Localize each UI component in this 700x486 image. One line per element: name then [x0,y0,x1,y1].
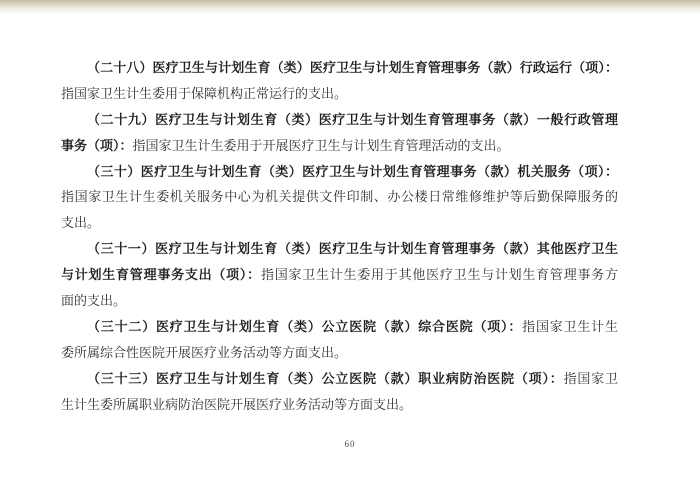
document-body: （二十八）医疗卫生与计划生育（类）医疗卫生与计划生育管理事务（款）行政运行（项）… [61,55,618,417]
entry-heading: （三十三）医疗卫生与计划生育（类）公立医院（款）职业病防治医院（项）： [87,371,564,386]
paragraph-item-28: （二十八）医疗卫生与计划生育（类）医疗卫生与计划生育管理事务（款）行政运行（项）… [61,55,618,107]
entry-heading: 与计划生育管理事务支出（项）： [61,267,261,282]
text-line: （二十八）医疗卫生与计划生育（类）医疗卫生与计划生育管理事务（款）行政运行（项）… [61,55,618,81]
entry-heading: （三十一）医疗卫生与计划生育（类）医疗卫生与计划生育管理事务（款）其他医疗卫生 [87,241,618,256]
paragraph-item-33: （三十三）医疗卫生与计划生育（类）公立医院（款）职业病防治医院（项）：指国家卫 … [61,366,618,418]
entry-heading: （三十）医疗卫生与计划生育（类）医疗卫生与计划生育管理事务（款）机关服务（项）： [87,164,618,179]
page-top-edge [0,0,700,14]
entry-description: 指国家卫生计生委用于其他医疗卫生与计划生育管理事务方 [261,267,618,282]
text-line: （三十一）医疗卫生与计划生育（类）医疗卫生与计划生育管理事务（款）其他医疗卫生 [61,236,618,262]
entry-description: 指国家卫 [564,371,618,386]
paragraph-item-32: （三十二）医疗卫生与计划生育（类）公立医院（款）综合医院（项）：指国家卫生计生 … [61,314,618,366]
text-line: 事务（项）：指国家卫生计生委用于开展医疗卫生与计划生育管理活动的支出。 [61,133,618,159]
entry-heading: 事务（项）： [61,138,133,153]
entry-description: 指国家卫生计生 [522,319,618,334]
text-line: 支出。 [61,210,618,236]
entry-description: 生计生委所属职业病防治医院开展医疗业务活动等方面支出。 [61,397,412,412]
text-line: （三十）医疗卫生与计划生育（类）医疗卫生与计划生育管理事务（款）机关服务（项）： [61,159,618,185]
paragraph-item-31: （三十一）医疗卫生与计划生育（类）医疗卫生与计划生育管理事务（款）其他医疗卫生 … [61,236,618,314]
paragraph-item-29: （二十九）医疗卫生与计划生育（类）医疗卫生与计划生育管理事务（款）一般行政管理 … [61,107,618,159]
entry-description: 支出。 [61,215,100,230]
entry-description: 指国家卫生计生委用于保障机构正常运行的支出。 [61,86,347,101]
text-line: 生计生委所属职业病防治医院开展医疗业务活动等方面支出。 [61,392,618,418]
entry-description: 指国家卫生计生委机关服务中心为机关提供文件印制、办公楼日常维修维护等后勤保障服务… [61,189,618,204]
text-line: 指国家卫生计生委机关服务中心为机关提供文件印制、办公楼日常维修维护等后勤保障服务… [61,184,618,210]
entry-description: 面的支出。 [61,293,126,308]
entry-heading: （二十九）医疗卫生与计划生育（类）医疗卫生与计划生育管理事务（款）一般行政管理 [87,112,618,127]
page-number: 60 [0,439,700,449]
paragraph-item-30: （三十）医疗卫生与计划生育（类）医疗卫生与计划生育管理事务（款）机关服务（项）：… [61,159,618,237]
entry-description: 委所属综合性医院开展医疗业务活动等方面支出。 [61,345,347,360]
entry-heading: （二十八）医疗卫生与计划生育（类）医疗卫生与计划生育管理事务（款）行政运行（项）… [87,60,618,75]
text-line: （三十三）医疗卫生与计划生育（类）公立医院（款）职业病防治医院（项）：指国家卫 [61,366,618,392]
entry-heading: （三十二）医疗卫生与计划生育（类）公立医院（款）综合医院（项）： [87,319,522,334]
text-line: 委所属综合性医院开展医疗业务活动等方面支出。 [61,340,618,366]
text-line: 与计划生育管理事务支出（项）：指国家卫生计生委用于其他医疗卫生与计划生育管理事务… [61,262,618,288]
text-line: 指国家卫生计生委用于保障机构正常运行的支出。 [61,81,618,107]
entry-description: 指国家卫生计生委用于开展医疗卫生与计划生育管理活动的支出。 [133,138,510,153]
text-line: 面的支出。 [61,288,618,314]
text-line: （二十九）医疗卫生与计划生育（类）医疗卫生与计划生育管理事务（款）一般行政管理 [61,107,618,133]
text-line: （三十二）医疗卫生与计划生育（类）公立医院（款）综合医院（项）：指国家卫生计生 [61,314,618,340]
